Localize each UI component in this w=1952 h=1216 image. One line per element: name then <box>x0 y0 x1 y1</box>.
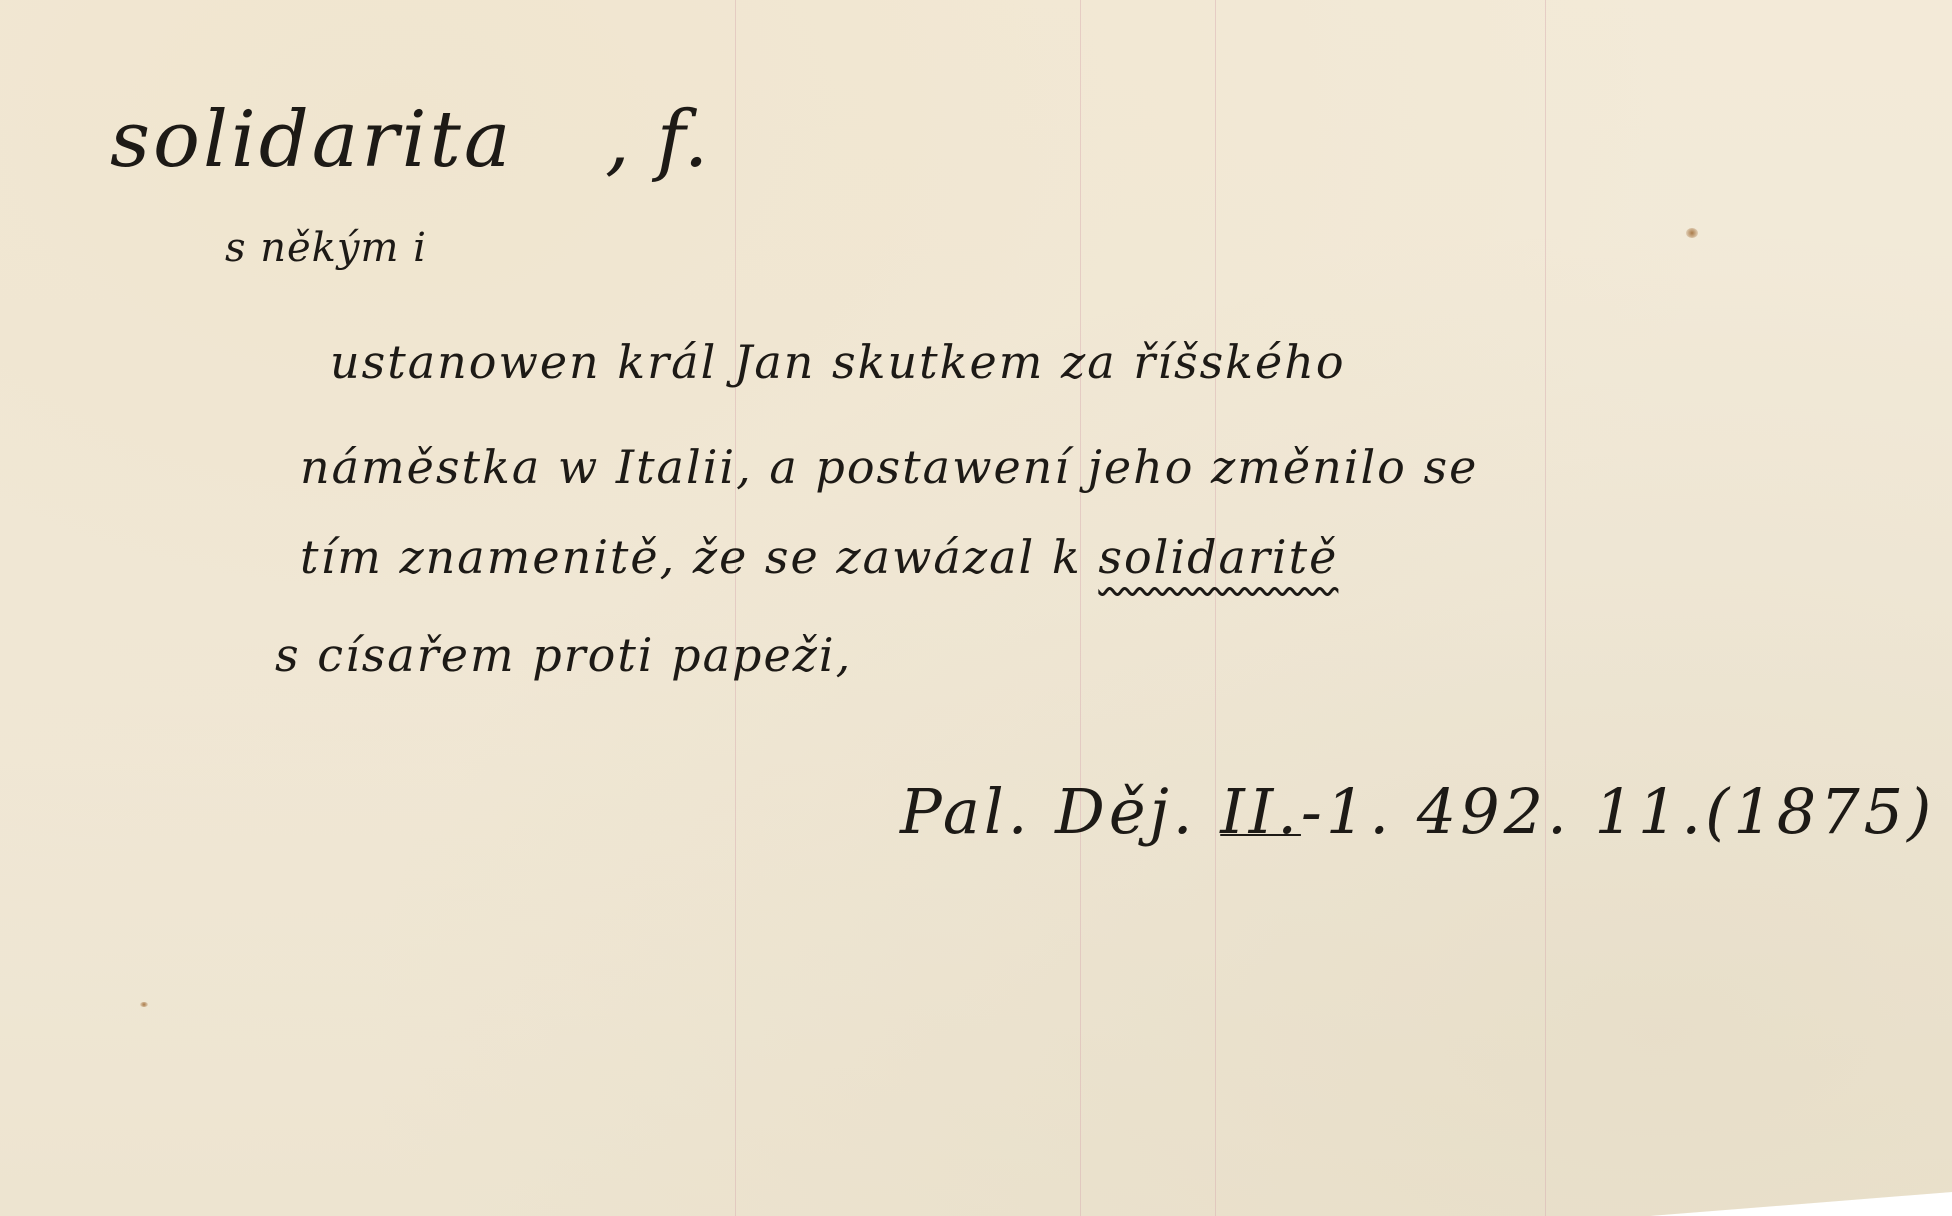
source-author: Pal. <box>900 775 1031 848</box>
source-year: (1875) <box>1705 775 1935 848</box>
source-page: 492. <box>1417 775 1571 848</box>
quote-line-3: tím znamenitě, že se zawázal k solidarit… <box>300 530 1338 584</box>
ruling-line <box>1215 0 1216 1216</box>
quote-line-3-text: tím znamenitě, že se zawázal k <box>300 530 1082 584</box>
headword: solidarita <box>110 95 513 185</box>
ruling-line <box>1080 0 1081 1216</box>
source-citation: Pal. Děj. II.-1. 492. 11.(1875) <box>900 775 1935 848</box>
grammatical-gender: , f. <box>605 95 709 185</box>
ruling-line <box>735 0 736 1216</box>
ruling-line <box>1545 0 1546 1216</box>
ink-stain <box>1686 228 1698 238</box>
quote-line-1: ustanowen král Jan skutkem za říšského <box>330 335 1346 389</box>
source-part: -1. <box>1301 775 1393 848</box>
source-volume: II. <box>1220 775 1301 848</box>
sense-label: s někým i <box>225 225 427 271</box>
source-work: Děj. <box>1055 775 1196 848</box>
quote-line-2: náměstka w Italii, a postawení jeho změn… <box>300 440 1478 494</box>
highlighted-headword: solidaritě <box>1098 530 1338 584</box>
source-line: 11. <box>1595 775 1706 848</box>
dictionary-slip: solidarita , f. s někým i ustanowen král… <box>0 0 1952 1216</box>
ink-stain <box>140 1002 148 1007</box>
quote-line-4: s císařem proti papeži, <box>275 628 852 682</box>
